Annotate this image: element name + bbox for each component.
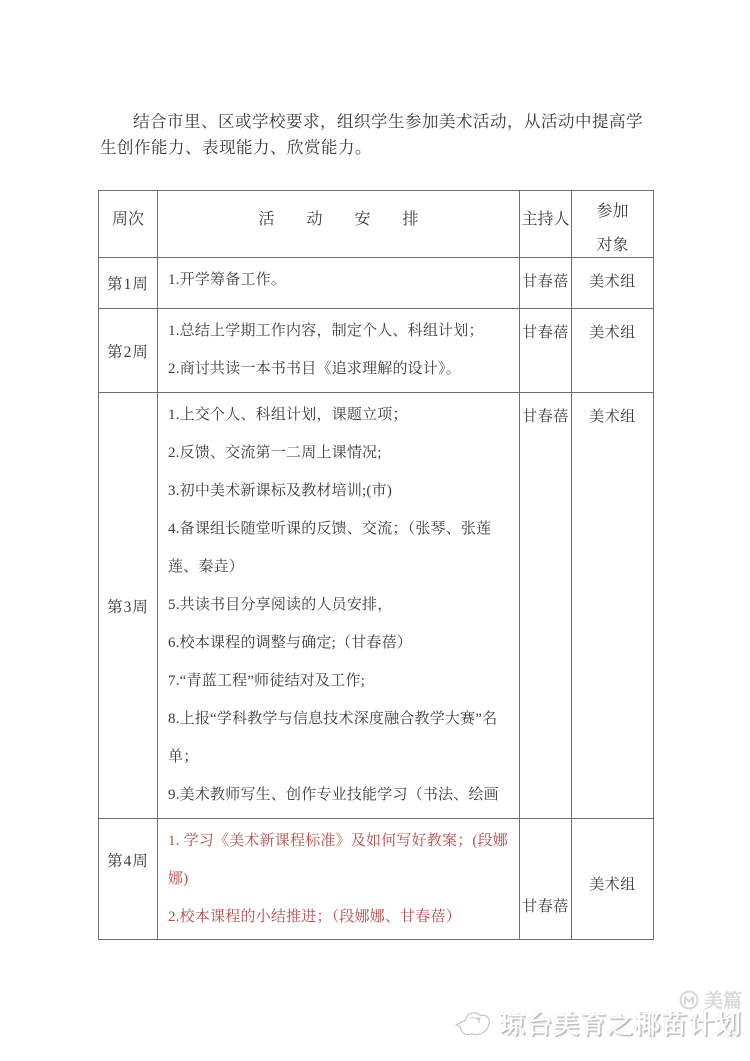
activities-week-2: 1.总结上学期工作内容，制定个人、科组计划； 2.商讨共读一本书书目《追求理解的… <box>158 309 520 393</box>
activities-week-3: 1.上交个人、科组计划，课题立项； 2.反馈、交流第一二周上课情况; 3.初中美… <box>158 393 520 819</box>
activity-item-highlighted: 2.校本课程的小结推进；（段娜娜、甘春蓓） <box>168 898 515 936</box>
activity-item: 4.备课组长随堂听课的反馈、交流；（张琴、张莲莲、秦垚） <box>168 510 515 586</box>
activity-item: 3.初中美术新课标及教材培训;(市) <box>168 472 515 510</box>
activity-item: 6.校本课程的调整与确定;（甘春蓓） <box>168 624 515 662</box>
activity-item: 5.共读书目分享阅读的人员安排， <box>168 586 515 624</box>
participants-week-4: 美术组 <box>572 819 653 939</box>
host-week-1: 甘春蓓 <box>520 258 572 309</box>
activity-item: 2.反馈、交流第一二周上课情况; <box>168 434 515 472</box>
activity-item-highlighted: 1. 学习《美术新课程标准》及如何写好教案；(段娜娜) <box>168 822 515 898</box>
activity-item: 3.筹备“第三届同汇杯学科教学与信息技术深度融合 <box>168 936 515 939</box>
header-participants-line1: 参加 <box>596 195 628 229</box>
activity-item: 2.商讨共读一本书书目《追求理解的设计》。 <box>168 350 515 388</box>
document-page: 结合市里、区或学校要求，组织学生参加美术活动，从活动中提高学生创作能力、表现能力… <box>0 0 750 1061</box>
participants-week-2: 美术组 <box>572 309 653 393</box>
header-activities: 活 动 安 排 <box>158 191 520 258</box>
week-label-2: 第2周 <box>99 309 158 393</box>
intro-paragraph: 结合市里、区或学校要求，组织学生参加美术活动，从活动中提高学生创作能力、表现能力… <box>100 109 656 161</box>
week-label-4: 第4周 <box>99 819 158 939</box>
participants-week-1: 美术组 <box>572 258 653 309</box>
host-week-2: 甘春蓓 <box>520 309 572 393</box>
watermark-text: 琼台美育之椰苗计划 <box>499 1004 742 1041</box>
activity-schedule-table: 周次 活 动 安 排 主持人 参加 对象 第1周 1.开学筹备工作。 甘春蓓 美… <box>98 190 654 940</box>
header-participants-line2: 对象 <box>596 229 628 259</box>
activities-week-4: 1. 学习《美术新课程标准》及如何写好教案；(段娜娜) 2.校本课程的小结推进；… <box>158 819 520 939</box>
header-host: 主持人 <box>520 191 572 258</box>
bird-icon <box>453 1006 493 1040</box>
watermark: 琼台美育之椰苗计划 <box>453 1004 742 1041</box>
host-week-4: 甘春蓓 <box>520 819 572 939</box>
activity-item: 1.开学筹备工作。 <box>168 261 515 299</box>
participants-week-3: 美术组 <box>572 393 653 819</box>
week-label-3: 第3周 <box>99 393 158 819</box>
activity-item: 1.上交个人、科组计划，课题立项； <box>168 396 515 434</box>
week-label-1: 第1周 <box>99 258 158 309</box>
header-participants: 参加 对象 <box>572 191 653 258</box>
activity-item: 7.“青蓝工程”师徒结对及工作; <box>168 662 515 700</box>
activity-item: 8.上报“学科教学与信息技术深度融合教学大赛”名单； <box>168 700 515 776</box>
header-week: 周次 <box>99 191 158 258</box>
host-week-3: 甘春蓓 <box>520 393 572 819</box>
activity-item: 1.总结上学期工作内容，制定个人、科组计划； <box>168 312 515 350</box>
activities-week-1: 1.开学筹备工作。 <box>158 258 520 309</box>
activity-item: 9.美术教师写生、创作专业技能学习（书法、绘画等）。 <box>168 776 515 819</box>
